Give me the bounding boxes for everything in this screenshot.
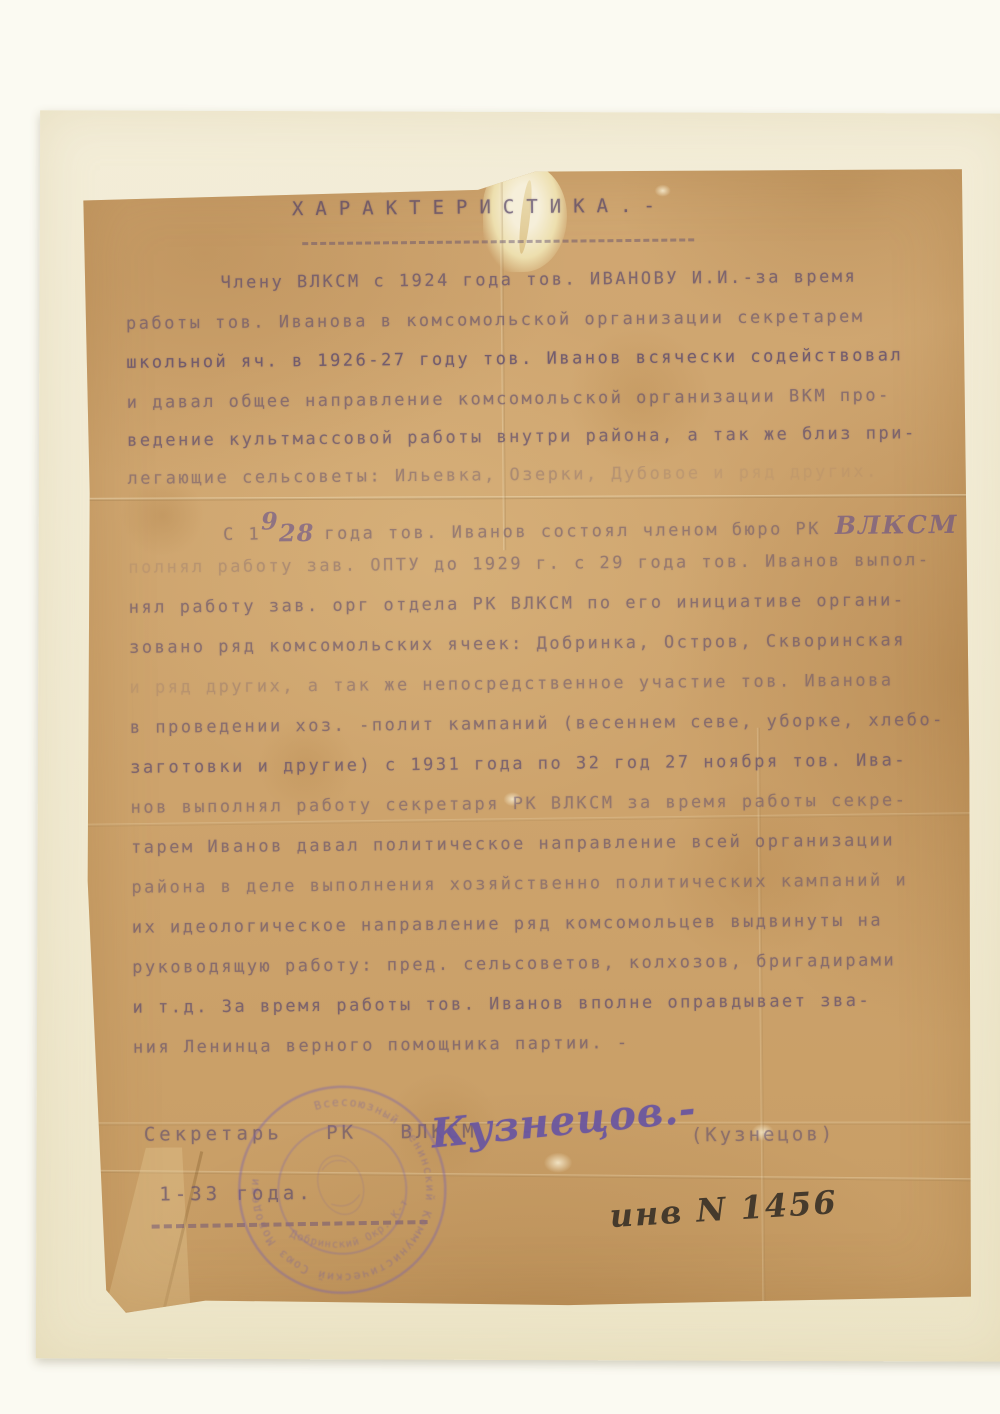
typed-line: легающие сельсоветы: Ильевка, Озерки, Ду…: [127, 464, 878, 488]
typed-line: школьной яч. в 1926-27 году тов. Иванов …: [126, 347, 903, 371]
date-line: 1-33 года.: [159, 1184, 314, 1204]
stamp-center-emblem: [310, 1150, 371, 1221]
typed-line: ведение культмассовой работы внутри райо…: [127, 425, 917, 450]
typed-line: зовано ряд комсомольских ячеек: Добринка…: [129, 632, 906, 656]
fold-crease: [83, 494, 968, 501]
handwritten-signature: Кузнецов.-: [429, 1085, 698, 1158]
typed-line: работы тов. Иванова в комсомольской орга…: [126, 309, 865, 333]
typed-segment: года тов. Иванов состоял членом бюро РК: [324, 521, 821, 543]
document-paper: ХАРАКТЕРИСТИКА.- Члену ВЛКСМ с 1924 года…: [80, 166, 976, 1314]
typed-line: Члену ВЛКСМ с 1924 года тов. ИВАНОВУ И.И…: [221, 269, 858, 292]
handwritten-vlksm: ВЛКСМ: [835, 510, 959, 540]
typed-segment: С 1: [223, 527, 261, 544]
typed-line: в проведении хоз. -полит кампаний (весен…: [130, 712, 945, 737]
typed-line: полнял работу зав. ОПТУ до 1929 г. с 29 …: [128, 552, 930, 577]
typed-line: нов выполнял работу секретаря РК ВЛКСМ з…: [131, 792, 908, 816]
date-underline: [152, 1220, 428, 1229]
typed-line: ния Ленинца верного помощника партии. -: [133, 1035, 630, 1057]
typed-line: района в деле выполнения хозяйственно по…: [131, 872, 908, 896]
corner-fold: [103, 1147, 191, 1312]
typed-line-with-annotations: С 1928года тов. Иванов состоял членом бю…: [223, 511, 1000, 544]
typed-line: руководящую работу: пред. сельсоветов, к…: [132, 952, 896, 976]
typed-line: заготовки и другие) с 1931 года по 32 го…: [130, 752, 907, 776]
typed-name-in-parens: (Кузнецов): [691, 1125, 836, 1145]
damage-spot: [544, 1153, 572, 1173]
typed-line: и т.д. За время работы тов. Иванов вполн…: [132, 993, 871, 1017]
handwritten-year: 28: [279, 518, 315, 547]
typed-line: и давал общее направление комсомольской …: [127, 387, 891, 411]
handwritten-year-superscript: 9: [261, 506, 279, 535]
handwritten-inventory-number: инв N 1456: [609, 1183, 839, 1235]
typed-line: тарем Иванов давал политическое направле…: [131, 832, 895, 856]
document-title: ХАРАКТЕРИСТИКА.-: [292, 197, 667, 220]
typed-line: нял работу зав. орг отдела РК ВЛКСМ по е…: [129, 592, 906, 616]
typed-line: и ряд других, а так же непосредственное …: [129, 672, 893, 696]
fold-crease: [89, 1170, 974, 1181]
scanned-archive-page: { "colors": { "paper": "#cfa671", "mat":…: [0, 0, 1000, 1414]
typed-line: их идеологическое направление ряд комсом…: [132, 913, 883, 937]
